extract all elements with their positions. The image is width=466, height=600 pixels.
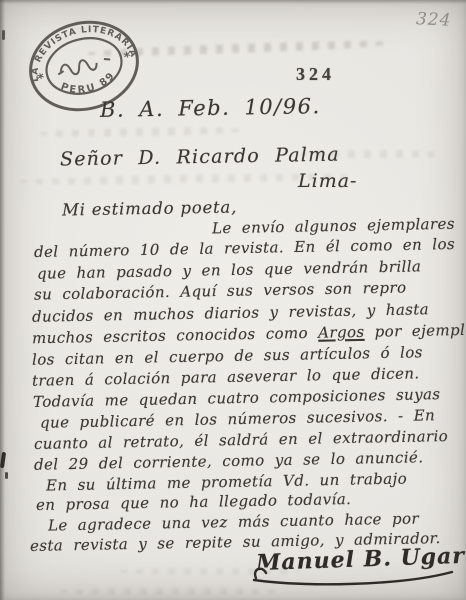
letter-recipient-city: Lima- — [298, 170, 357, 192]
signature-flourish — [250, 566, 455, 588]
letter-salutation: Mi estimado poeta, — [62, 197, 237, 219]
scanned-letter-page: LA REVISTA LITERARIA PERU 89 * * 324 324… — [0, 0, 466, 600]
stamped-page-number: 324 — [296, 64, 335, 85]
ink-speck — [2, 30, 5, 40]
ink-bleed-through — [60, 588, 280, 595]
page-edge-shadow — [0, 0, 5, 600]
page-edge-shadow — [0, 0, 466, 4]
letter-body-line: su colaboración. Aquí sus versos son rep… — [34, 278, 407, 303]
ink-speck — [5, 472, 8, 479]
stamp-center-scroll — [56, 54, 111, 79]
svg-text:PERU 89: PERU 89 — [57, 68, 121, 102]
pencil-page-number: 324 — [416, 9, 452, 31]
stamp-bottom-text: PERU 89 — [57, 68, 121, 102]
line-text: muchos escritos conocidos como — [32, 324, 318, 347]
letter-dateline: B. A. Feb. 10/96. — [100, 94, 321, 122]
underlined-word-argos: Argos — [318, 323, 365, 342]
stamp-left-star: * — [36, 71, 46, 87]
ink-speck — [0, 452, 6, 468]
letter-body-line: Le envío algunos ejemplares — [212, 215, 455, 238]
letter-recipient: Señor D. Ricardo Palma — [60, 144, 340, 171]
line-text: por ejemplo — [364, 321, 466, 341]
letter-body-line: En su última me prometía Vd. un trabajo — [46, 470, 407, 495]
ink-bleed-through — [40, 126, 240, 137]
